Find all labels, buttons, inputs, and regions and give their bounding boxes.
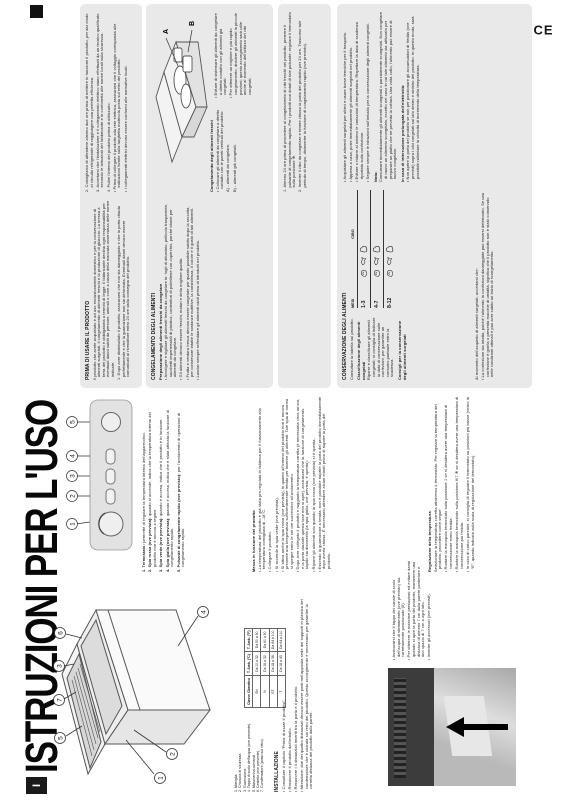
fresh-heading: Congelamento degli alimenti freschi [210, 104, 215, 192]
installation-bullet: • Inserire gli accessori (ove previsti). [427, 560, 432, 660]
language-tab: I [26, 777, 47, 794]
note-heading: Nota: [374, 10, 379, 182]
outage-heading: In caso di interruzione prolungata dell'… [401, 10, 406, 182]
temperature-section: Regolazione della temperatura Selezionar… [428, 396, 536, 572]
spacer-arrow-icon [446, 716, 508, 738]
storage-bullet: • Seguire sempre le istruzioni sull'imba… [366, 10, 371, 182]
installation-bullet: • Per ottenere le massime prestazioni ed… [407, 560, 425, 660]
prep-bullet: • Gli alimenti devono essere freschi, ma… [179, 200, 184, 380]
startup-bullet: • Si attiva anche la spia rossa (ove pre… [281, 396, 295, 572]
fresh-bullet: • Collocare gli alimenti da congelare a … [216, 104, 225, 192]
before-use-box: PRIMA DI USARE IL PRODOTTO Il prodotto c… [80, 4, 142, 388]
before-use-item: • I collegamenti elettrici devono essere… [124, 10, 129, 192]
startup-bullet: • Dopo aver collegato il prodotto e ragg… [296, 396, 310, 572]
storage-bullet: • Evitare o ridurre al minimo le variazi… [355, 10, 364, 182]
startup-bullet: • Essendo la guarnizione a tenuta, non è… [318, 396, 332, 572]
freezer-callout: 5 [57, 736, 64, 740]
fresh-bullet: • Evitare di sistemare gli alimenti da c… [214, 10, 228, 98]
prep-heading: Preparazione degli alimenti freschi da c… [159, 200, 164, 380]
installation-photo [388, 668, 516, 786]
fresh-bullet: B) - alimenti già congelati. [233, 104, 238, 192]
prep-bullet: • Frutta e verdura fresca devono essere … [186, 200, 195, 380]
panel-callout: 2 [69, 494, 76, 498]
panel-callout: 3 [69, 474, 76, 478]
climate-row: SNDa 10 a 32Da 50 a 90 [253, 628, 261, 707]
temperature-bullet: • Ruotare la manopola termostato sulla p… [444, 396, 453, 572]
freezing-step: 2. Inserire il cibo da congelare e tener… [298, 10, 307, 192]
startup-bullet: • La temperatura del prodotto è già stat… [258, 396, 267, 572]
startup-bullet: • Si accende la spia verde (ove prevista… [275, 396, 280, 572]
manual-page: I ISTRUZIONI PER L'USO CE [0, 0, 564, 800]
green-light-icon [106, 469, 115, 484]
control-item: 2. Spia rossa (ove prevista): quando si … [148, 396, 157, 572]
classification-text: Riporre e classificare gli alimenti cong… [367, 314, 395, 380]
control-item: 1. Termostato: permette di regolare la t… [142, 396, 147, 572]
before-use-item: 3. Accertarsi che l'installazione e il c… [96, 10, 105, 192]
startup-bullet: • Riporre gli alimenti solo quando la sp… [312, 396, 317, 572]
food-icon [371, 244, 382, 255]
freezer-callout: 6 [57, 631, 64, 635]
storage-bullet: • Acquistare gli alimenti surgelati per … [343, 10, 348, 182]
yellow-light-icon [106, 449, 115, 464]
startup-section: Messa in funzione del prodotto • La temp… [252, 396, 427, 572]
before-use-item: 4. Pulire l'interno del prodotto prima d… [107, 10, 112, 192]
chest-freezer-diagram: 5 7 3 6 1 2 4 [50, 594, 236, 796]
installation-bullet: • Consultare il capitolo “Prima di usare… [282, 592, 287, 792]
freezing-step: 1. Almeno 24 ore prima di procedere al c… [283, 10, 297, 192]
before-use-heading: PRIMA DI USARE IL PRODOTTO [85, 200, 91, 380]
temperature-bullet: • In caso di carico parziale, si consigl… [466, 396, 475, 572]
freezer-callout: 7 [56, 698, 63, 702]
panel-callout: 5 [69, 420, 76, 424]
prep-bullet: • Avvolgere e sigillare gli alimenti fre… [164, 200, 178, 380]
freezing-box: CONGELAMENTO DEGLI ALIMENTI Preparazione… [146, 4, 273, 388]
installation-bullet: • Attenzione: due dei quattro distanzial… [300, 592, 314, 792]
ce-mark: CE [533, 22, 553, 37]
months-row: 1-3 [357, 190, 370, 308]
climate-row: NDa 16 a 32Da 61 a 90 [261, 628, 269, 707]
storage-heading: CONSERVAZIONE DEGLI ALIMENTI [342, 190, 348, 380]
installation-heading: INSTALLAZIONE [274, 586, 280, 792]
fast-freeze-button-icon [102, 413, 121, 432]
panel-callout: 1 [69, 522, 76, 526]
months-row: 4-7 [370, 190, 383, 308]
food-icon [372, 269, 381, 278]
installation-bullet: • Rimuovere i 4 distanziali inseriti tra… [294, 592, 299, 792]
prep-bullet: • Lasciar sempre raffreddare gli aliment… [196, 200, 201, 380]
months-row: 8-12 [383, 190, 396, 308]
before-use-item: • Prima di collegare il prodotto alla re… [113, 10, 122, 192]
ab-loading-diagram: A B [150, 10, 208, 192]
food-icon [371, 256, 382, 267]
freezing-steps-box: 1. Almeno 24 ore prima di procedere al c… [278, 4, 331, 388]
purchase-intro: Al momento dell'acquisto di alimenti sur… [475, 190, 480, 380]
before-use-item: 1. Dopo aver disimballato il prodotto, a… [117, 200, 131, 380]
print-registration-mark [30, 5, 43, 18]
note-text: Consumare immediatamente gli alimenti sc… [379, 10, 397, 182]
control-item: 3. Spia verde (ove prevista): quando è a… [159, 396, 164, 572]
freezer-callout: 3 [56, 664, 63, 668]
installation-bullets-after-photo: • Assicurarsi che il tappo del canale di… [392, 560, 522, 660]
food-icon [385, 269, 394, 278]
tips-heading: Consigli per la conservazione degli alim… [398, 314, 408, 380]
food-icon [384, 256, 395, 267]
temperature-intro: Selezionare la temperatura corretta attr… [434, 396, 443, 572]
food-icon [358, 244, 369, 255]
temperature-bullet: • Ruotare la manopola termostato sulla p… [455, 396, 464, 572]
fresh-bullet: A) - alimenti da congelare, [226, 104, 231, 192]
label-b: B [189, 21, 196, 26]
climate-header-row: Classe Climatica T. Amb. (°C) T. Amb. (°… [245, 628, 253, 707]
storage-bullet: • Appena a casa, porre immediatamente gl… [349, 10, 354, 182]
red-light-icon [106, 489, 115, 504]
before-use-item: 2. Consigliamo di attendere almeno due o… [85, 10, 94, 192]
food-icon [359, 269, 368, 278]
classification-heading: Classificazione degli alimenti congelati [357, 314, 367, 380]
food-icon [358, 256, 369, 267]
installation-bullet: • Rimuovere il prodotto dall'imballo. [288, 592, 293, 792]
freezer-callout: 2 [169, 752, 176, 756]
food-icon [384, 244, 395, 255]
temperature-heading: Regolazione della temperatura [428, 396, 433, 572]
freezer-callout: 4 [200, 610, 207, 614]
outage-bullet: • Non aprire la porta del prodotto se no… [406, 10, 420, 182]
fresh-bullet: • Per ottenere un migliore e più rapido … [229, 10, 252, 98]
controls-descriptions: 1. Termostato: permette di regolare la t… [142, 396, 250, 572]
panel-callout: 4 [69, 454, 76, 458]
freezer-callout: 1 [157, 776, 164, 780]
storage-box: CONSERVAZIONE DEGLI ALIMENTI Consultare … [337, 4, 532, 388]
label-a: A [163, 29, 170, 34]
installation-bullet: • Assicurarsi che il tappo del canale di… [392, 560, 406, 660]
control-item: 5. Pulsante di congelamento rapido (ove … [177, 396, 186, 572]
startup-heading: Messa in funzione del prodotto [252, 396, 257, 572]
freezing-heading: CONGELAMENTO DEGLI ALIMENTI [151, 200, 157, 380]
before-use-intro: Il prodotto che avete acquistato è ad us… [93, 200, 116, 380]
control-panel-diagram: 1 2 3 4 5 [64, 396, 134, 554]
control-item: 4. Spia gialla (ove prevista): quando è … [166, 396, 175, 572]
startup-bullet: • Collegare il prodotto. [268, 396, 273, 572]
purchase-bullet: • La confezione sia intatta, poiché l'al… [481, 190, 495, 380]
storage-months-table: MESI CIBO 1-3 4-7 8-12 [351, 190, 396, 308]
